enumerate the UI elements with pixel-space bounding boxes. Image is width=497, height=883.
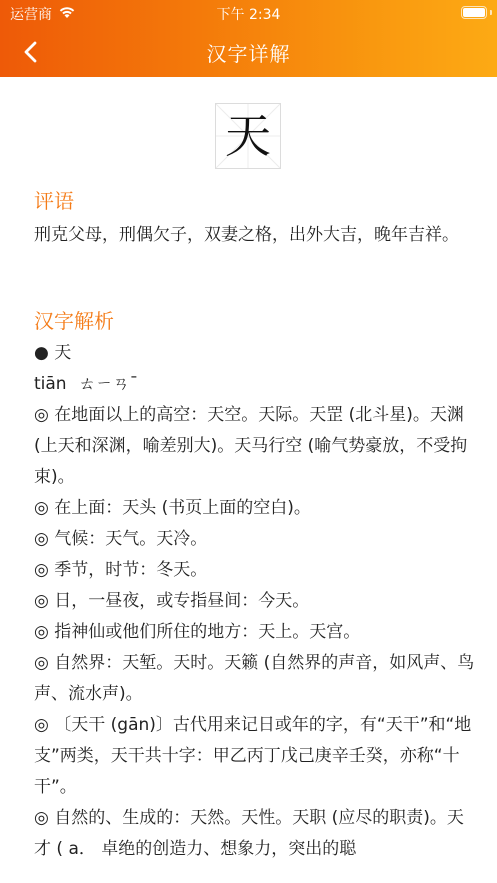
definition-item: ◎ 季节，时节：冬天。: [34, 555, 477, 586]
definition-item: ◎ 自然界：天堑。天时。天籁 (自然界的声音，如风声、鸟声、流水声)。: [34, 648, 477, 710]
definition-item: ◎ 在上面：天头 (书页上面的空白)。: [34, 493, 477, 524]
definition-item: ◎ 在地面以上的高空：天空。天际。天罡 (北斗星)。天渊 (上天和深渊，喻差别大…: [34, 400, 477, 493]
pronunciation-line: tiānㄊㄧㄢˉ: [34, 369, 477, 400]
definition-item: ◎ 指神仙或他们所住的地方：天上。天宫。: [34, 617, 477, 648]
nav-bar: 汉字详解: [0, 26, 497, 77]
remark-text: 刑克父母，刑偶欠子，双妻之格，出外大吉，晚年吉祥。: [34, 220, 477, 251]
character-glyph: 天: [216, 104, 280, 168]
remark-section: 评语 刑克父母，刑偶欠子，双妻之格，出外大吉，晚年吉祥。: [34, 185, 477, 251]
pinyin: tiān: [34, 374, 67, 394]
battery-tip: [490, 10, 492, 15]
header: 运营商 下午 2:34 汉字详解: [0, 0, 497, 77]
page-title: 汉字详解: [0, 38, 497, 67]
status-time: 下午 2:34: [0, 4, 497, 24]
bopomofo: ㄊㄧㄢˉ: [79, 374, 139, 394]
definition-item: ◎ 〔天干 (gān)〕古代用来记日或年的字，有“天干”和“地支”两类，天干共十…: [34, 710, 477, 803]
analysis-section: 汉字解析 ● 天 tiānㄊㄧㄢˉ ◎ 在地面以上的高空：天空。天际。天罡 (北…: [34, 305, 477, 865]
analysis-title: 汉字解析: [34, 305, 477, 334]
definition-item: ◎ 气候：天气。天冷。: [34, 524, 477, 555]
definition-item: ◎ 自然的、生成的：天然。天性。天职 (应尽的职责)。天才 ( a． 卓绝的创造…: [34, 803, 477, 865]
remark-title: 评语: [34, 185, 477, 214]
definition-item: ◎ 日，一昼夜，或专指昼间：今天。: [34, 586, 477, 617]
detail-content[interactable]: 天 评语 刑克父母，刑偶欠子，双妻之格，出外大吉，晚年吉祥。 汉字解析 ● 天 …: [0, 77, 497, 883]
character-grid-box: 天: [215, 103, 281, 169]
analysis-heading: ● 天: [34, 338, 477, 369]
battery-icon: [461, 6, 487, 19]
status-bar: 运营商 下午 2:34: [0, 0, 497, 26]
